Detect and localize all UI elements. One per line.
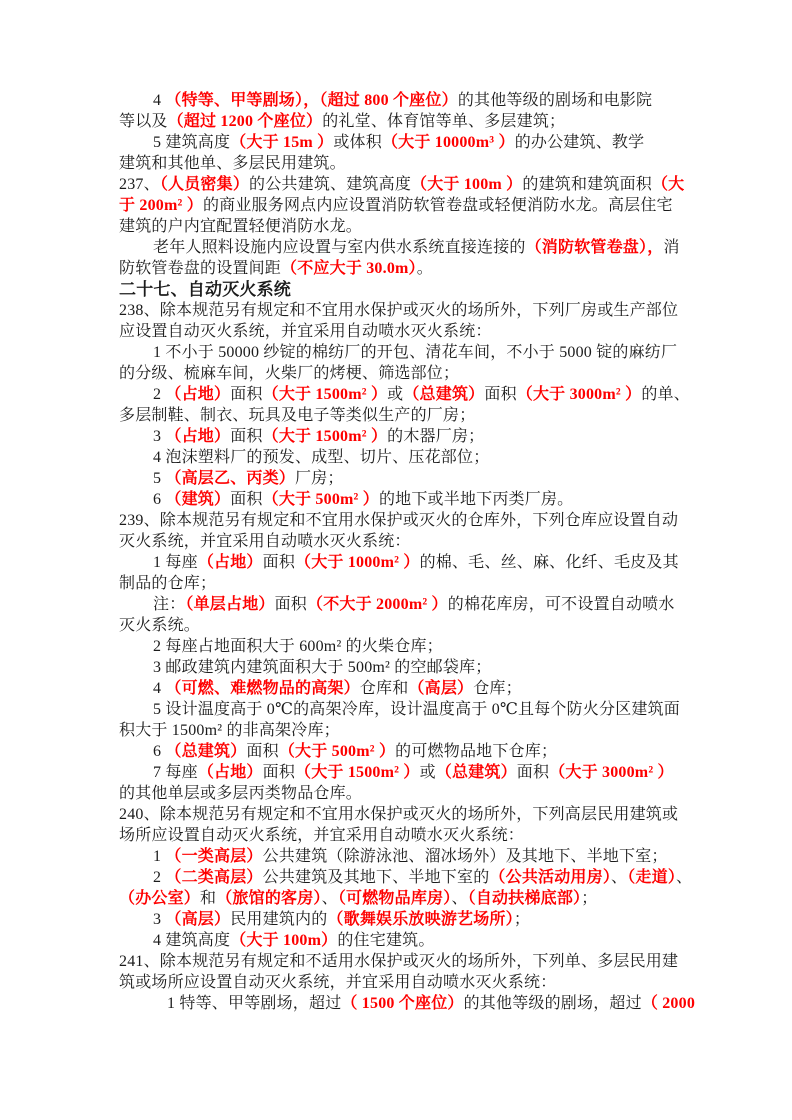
text-segment: 消 — [663, 239, 679, 256]
text-segment: 的其他等级的剧场和电影院 — [458, 92, 652, 109]
text-segment: 灭火系统，并宜采用自动喷水灭火系统： — [119, 533, 411, 550]
text-segment: 241、除本规范另有规定和不适用水保护或灭火的场所外，下列单、多层民用建 — [119, 953, 678, 970]
document-line: 1 （一类高层）公共建筑（除游泳池、溜冰场外）及其地下、半地下室； — [119, 846, 681, 867]
highlighted-text: （旅馆的客房） — [216, 890, 321, 907]
text-segment: 建筑和其他单、多层民用建筑。 — [119, 155, 346, 172]
document-line: 237、（人员密集）的公共建筑、建筑高度（大于 100m ）的建筑和建筑面积（大 — [119, 174, 681, 195]
highlighted-text: （超过 1200 个座位） — [168, 113, 323, 130]
document-line: 1 不小于 50000 纱锭的棉纺厂的开包、清花车间，不小于 5000 锭的麻纺… — [119, 342, 681, 363]
text-segment: 筑或场所应设置自动灭火系统，并宜采用自动喷水灭火系统： — [119, 974, 556, 991]
text-segment: 面积 — [484, 386, 516, 403]
text-segment: 或体积 — [333, 134, 382, 151]
text-segment: 3 邮政建筑内建筑面积大于 500m² 的空邮袋库； — [153, 659, 491, 676]
text-segment: 面积 — [230, 428, 262, 445]
text-segment: 238、除本规范另有规定和不宜用水保护或灭火的场所外，下列厂房或生产部位 — [119, 302, 678, 319]
highlighted-text: （公共活动用房） — [489, 869, 611, 886]
document-line: 筑或场所应设置自动灭火系统，并宜采用自动喷水灭火系统： — [119, 972, 681, 993]
text-segment: 237、 — [119, 176, 160, 193]
text-segment: 4 泡沫塑料厂的预发、成型、切片、压花部位； — [153, 449, 489, 466]
text-segment: 、 — [451, 890, 467, 907]
text-segment: 厂房； — [295, 470, 344, 487]
document-line: 制品的仓库； — [119, 573, 681, 594]
text-segment: 的住宅建筑。 — [337, 932, 434, 949]
text-segment: 、 — [322, 890, 338, 907]
document-line: 应设置自动灭火系统，并宜采用自动喷水灭火系统： — [119, 321, 681, 342]
highlighted-text: （不应大于 30.0m） — [281, 260, 417, 277]
highlighted-text: （歌舞娱乐放映游艺场所） — [327, 911, 513, 928]
text-segment: 场所应设置自动灭火系统，并宜采用自动喷水灭火系统： — [119, 827, 524, 844]
document-line: 防软管卷盘的设置间距（不应大于 30.0m）。 — [119, 258, 681, 279]
document-line: 3 （高层）民用建筑内的（歌舞娱乐放映游艺场所）； — [119, 909, 681, 930]
document-line: 于 200m² ）的商业服务网点内应设置消防软管卷盘或轻便消防水龙。高层住宅 — [119, 195, 681, 216]
text-segment: 积大于 1500m² 的非高架冷库； — [119, 722, 340, 739]
document-line: 1 每座（占地）面积（大于 1000m² ）的棉、毛、丝、麻、化纤、毛皮及其 — [119, 552, 681, 573]
text-segment: 1 不小于 50000 纱锭的棉纺厂的开包、清花车间，不小于 5000 锭的麻纺… — [153, 344, 677, 361]
highlighted-text: （总建筑） — [165, 743, 246, 760]
document-line: 4 泡沫塑料厂的预发、成型、切片、压花部位； — [119, 447, 681, 468]
text-segment: 的可燃物品地下仓库； — [395, 743, 557, 760]
text-segment: 公共建筑及其地下、半地下室的 — [263, 869, 490, 886]
highlighted-text: （大于 15m ） — [230, 134, 333, 151]
text-segment: 1 每座 — [153, 554, 198, 571]
highlighted-text: （ 2000 — [642, 995, 695, 1012]
highlighted-text: （可燃、难燃物品的高架） — [165, 680, 359, 697]
text-segment: 的地下或半地下丙类厂房。 — [379, 491, 573, 508]
text-segment: 7 每座 — [153, 764, 198, 781]
section-heading: 二十七、自动灭火系统 — [119, 279, 681, 300]
text-segment: 和 — [200, 890, 216, 907]
document-line: 1 特等、甲等剧场，超过（ 1500 个座位）的其他等级的剧场，超过（ 2000 — [119, 993, 681, 1014]
text-segment: 的商业服务网点内应设置消防软管卷盘或轻便消防水龙。高层住宅 — [203, 197, 673, 214]
text-segment: 5 — [153, 470, 165, 487]
highlighted-text: （不大于 2000m² ） — [307, 596, 448, 613]
text-segment: 239、除本规范另有规定和不宜用水保护或灭火的仓库外，下列仓库应设置自动 — [119, 512, 678, 529]
text-segment: 老年人照料设施内应设置与室内供水系统直接连接的 — [153, 239, 526, 256]
document-line: 场所应设置自动灭火系统，并宜采用自动喷水灭火系统： — [119, 825, 681, 846]
document-page: 4 （特等、甲等剧场），（超过 800 个座位）的其他等级的剧场和电影院等以及（… — [0, 0, 792, 1120]
highlighted-text: （二类高层） — [165, 869, 262, 886]
highlighted-text: （单层占地） — [185, 596, 274, 613]
document-line: 5 建筑高度（大于 15m ）或体积（大于 10000m³ ）的办公建筑、教学 — [119, 132, 681, 153]
highlighted-text: （人员密集） — [160, 176, 249, 193]
text-segment: 的建筑和建筑面积 — [522, 176, 652, 193]
document-line: 建筑和其他单、多层民用建筑。 — [119, 153, 681, 174]
text-segment: 注： — [153, 596, 185, 613]
text-segment: 240、除本规范另有规定和不宜用水保护或灭火的场所外，下列高层民用建筑或 — [119, 806, 678, 823]
text-segment: 3 — [153, 428, 165, 445]
highlighted-text: （占地） — [198, 554, 263, 571]
text-segment: 面积 — [263, 554, 295, 571]
document-line: 6 （建筑）面积（大于 500m² ）的地下或半地下丙类厂房。 — [119, 489, 681, 510]
text-segment: 1 特等、甲等剧场，超过 — [167, 995, 341, 1012]
document-line: 2 （二类高层）公共建筑及其地下、半地下室的（公共活动用房）、（走道）、 — [119, 867, 681, 888]
document-line: 老年人照料设施内应设置与室内供水系统直接连接的（消防软管卷盘），消 — [119, 237, 681, 258]
document-line: 3 （占地）面积（大于 1500m² ）的木器厂房； — [119, 426, 681, 447]
text-segment: 4 — [153, 92, 165, 109]
highlighted-text: （大于 100m） — [230, 932, 337, 949]
text-segment: 应设置自动灭火系统，并宜采用自动喷水灭火系统： — [119, 323, 492, 340]
document-line: 灭火系统。 — [119, 615, 681, 636]
text-segment: 6 — [153, 743, 165, 760]
highlighted-text: （大于 10000m³ ） — [382, 134, 515, 151]
highlighted-text: （大于 1500m² ） — [263, 428, 388, 445]
highlighted-text: （大于 1500m² ） — [263, 386, 388, 403]
highlighted-text: （高层） — [165, 911, 230, 928]
text-segment: 6 — [153, 491, 165, 508]
highlighted-text: （大于 3000m² ） — [549, 764, 674, 781]
highlighted-text: （总建筑） — [403, 386, 484, 403]
text-segment: 面积 — [517, 764, 549, 781]
text-segment: 灭火系统。 — [119, 617, 200, 634]
document-line: 4 （可燃、难燃物品的高架）仓库和（高层）仓库； — [119, 678, 681, 699]
document-line: 7 每座（占地）面积（大于 1500m² ）或（总建筑）面积（大于 3000m²… — [119, 762, 681, 783]
document-line: 等以及（超过 1200 个座位）的礼堂、体育馆等单、多层建筑； — [119, 111, 681, 132]
text-segment: 2 — [153, 869, 165, 886]
text-segment: 或 — [420, 764, 436, 781]
document-line: 239、除本规范另有规定和不宜用水保护或灭火的仓库外，下列仓库应设置自动 — [119, 510, 681, 531]
highlighted-text: （大于 3000m² ） — [517, 386, 642, 403]
text-segment: 的棉、毛、丝、麻、化纤、毛皮及其 — [420, 554, 679, 571]
highlighted-text: （大于 1000m² ） — [295, 554, 420, 571]
text-segment: 、 — [676, 869, 692, 886]
text-segment: 2 每座占地面积大于 600m² 的火柴仓库； — [153, 638, 443, 655]
highlighted-text: （占地） — [165, 386, 230, 403]
highlighted-text: （可燃物品库房） — [338, 890, 452, 907]
text-segment: 面积 — [246, 743, 278, 760]
document-line: 4 建筑高度（大于 100m）的住宅建筑。 — [119, 930, 681, 951]
highlighted-text: （总建筑） — [436, 764, 517, 781]
document-line: 2 每座占地面积大于 600m² 的火柴仓库； — [119, 636, 681, 657]
text-segment: 面积 — [275, 596, 307, 613]
highlighted-text: （高层） — [408, 680, 473, 697]
highlighted-text: （大于 500m² ） — [279, 743, 395, 760]
highlighted-text: （办公室） — [119, 890, 200, 907]
document-line: 240、除本规范另有规定和不宜用水保护或灭火的场所外，下列高层民用建筑或 — [119, 804, 681, 825]
document-line: 建筑的户内宜配置轻便消防水龙。 — [119, 216, 681, 237]
document-line: 注：（单层占地）面积（不大于 2000m² ）的棉花库房，可不设置自动喷水 — [119, 594, 681, 615]
text-segment: 防软管卷盘的设置间距 — [119, 260, 281, 277]
highlighted-text: （高层乙、丙类） — [165, 470, 295, 487]
highlighted-text: （一类高层） — [165, 848, 262, 865]
text-segment: 的分级、梳麻车间，火柴厂的烤梗、筛选部位； — [119, 365, 459, 382]
document-line: 的其他单层或多层丙类物品仓库。 — [119, 783, 681, 804]
document-line: 3 邮政建筑内建筑面积大于 500m² 的空邮袋库； — [119, 657, 681, 678]
document-line: 灭火系统，并宜采用自动喷水灭火系统： — [119, 531, 681, 552]
text-segment: 的其他等级的剧场，超过 — [464, 995, 642, 1012]
text-segment: 仓库和 — [360, 680, 409, 697]
text-segment: ； — [514, 911, 530, 928]
highlighted-text: （占地） — [198, 764, 263, 781]
text-segment: 仓库； — [473, 680, 522, 697]
text-segment: 公共建筑（除游泳池、溜冰场外）及其地下、半地下室； — [263, 848, 668, 865]
highlighted-text: （大于 100m ） — [411, 176, 522, 193]
text-segment: 的棉花库房，可不设置自动喷水 — [448, 596, 675, 613]
document-line: 241、除本规范另有规定和不适用水保护或灭火的场所外，下列单、多层民用建 — [119, 951, 681, 972]
highlighted-text: （大于 1500m² ） — [295, 764, 420, 781]
text-segment: 面积 — [230, 386, 262, 403]
document-line: 的分级、梳麻车间，火柴厂的烤梗、筛选部位； — [119, 363, 681, 384]
text-segment: 、 — [611, 869, 627, 886]
text-segment: 1 — [153, 848, 165, 865]
text-segment: 4 — [153, 680, 165, 697]
highlighted-text: （特等、甲等剧场），（超过 800 个座位） — [165, 92, 457, 109]
text-segment: 的其他单层或多层丙类物品仓库。 — [119, 785, 362, 802]
document-line: 6 （总建筑）面积（大于 500m² ）的可燃物品地下仓库； — [119, 741, 681, 762]
text-segment: 。 — [417, 260, 433, 277]
text-segment: 面积 — [263, 764, 295, 781]
text-segment: 建筑的户内宜配置轻便消防水龙。 — [119, 218, 362, 235]
text-segment: 2 — [153, 386, 165, 403]
text-segment: 民用建筑内的 — [230, 911, 327, 928]
text-segment: 的单、 — [641, 386, 690, 403]
text-segment: 等以及 — [119, 113, 168, 130]
document-line: 2 （占地）面积（大于 1500m² ）或（总建筑）面积（大于 3000m² ）… — [119, 384, 681, 405]
document-line: 5 （高层乙、丙类）厂房； — [119, 468, 681, 489]
document-line: 238、除本规范另有规定和不宜用水保护或灭火的场所外，下列厂房或生产部位 — [119, 300, 681, 321]
text-segment: 3 — [153, 911, 165, 928]
text-segment: ； — [581, 890, 597, 907]
document-line: 多层制鞋、制衣、玩具及电子等类似生产的厂房； — [119, 405, 681, 426]
text-segment: 制品的仓库； — [119, 575, 216, 592]
text-segment: 的木器厂房； — [387, 428, 484, 445]
highlighted-text: （大于 500m² ） — [263, 491, 379, 508]
document-body: 4 （特等、甲等剧场），（超过 800 个座位）的其他等级的剧场和电影院等以及（… — [119, 90, 681, 1014]
document-line: 积大于 1500m² 的非高架冷库； — [119, 720, 681, 741]
text-segment: 5 设计温度高于 0℃的高架冷库，设计温度高于 0℃且每个防火分区建筑面 — [153, 701, 680, 718]
text-segment: 的公共建筑、建筑高度 — [249, 176, 411, 193]
highlighted-text: （消防软管卷盘）， — [526, 239, 664, 256]
highlighted-text: （走道） — [627, 869, 676, 886]
document-line: 5 设计温度高于 0℃的高架冷库，设计温度高于 0℃且每个防火分区建筑面 — [119, 699, 681, 720]
text-segment: 或 — [387, 386, 403, 403]
highlighted-text: （占地） — [165, 428, 230, 445]
text-segment: 的礼堂、体育馆等单、多层建筑； — [322, 113, 565, 130]
highlighted-text: （ 1500 个座位） — [341, 995, 463, 1012]
text-segment: 面积 — [230, 491, 262, 508]
document-line: 4 （特等、甲等剧场），（超过 800 个座位）的其他等级的剧场和电影院 — [119, 90, 681, 111]
highlighted-text: （自动扶梯底部） — [468, 890, 582, 907]
highlighted-text: （大 — [652, 176, 684, 193]
highlighted-text: 于 200m² ） — [119, 197, 203, 214]
text-segment: 5 建筑高度 — [153, 134, 230, 151]
text-segment: 多层制鞋、制衣、玩具及电子等类似生产的厂房； — [119, 407, 475, 424]
text-segment: 的办公建筑、教学 — [515, 134, 645, 151]
text-segment: 4 建筑高度 — [153, 932, 230, 949]
text-segment: 二十七、自动灭火系统 — [119, 280, 291, 299]
highlighted-text: （建筑） — [165, 491, 230, 508]
document-line: （办公室）和（旅馆的客房）、（可燃物品库房）、（自动扶梯底部）； — [119, 888, 681, 909]
